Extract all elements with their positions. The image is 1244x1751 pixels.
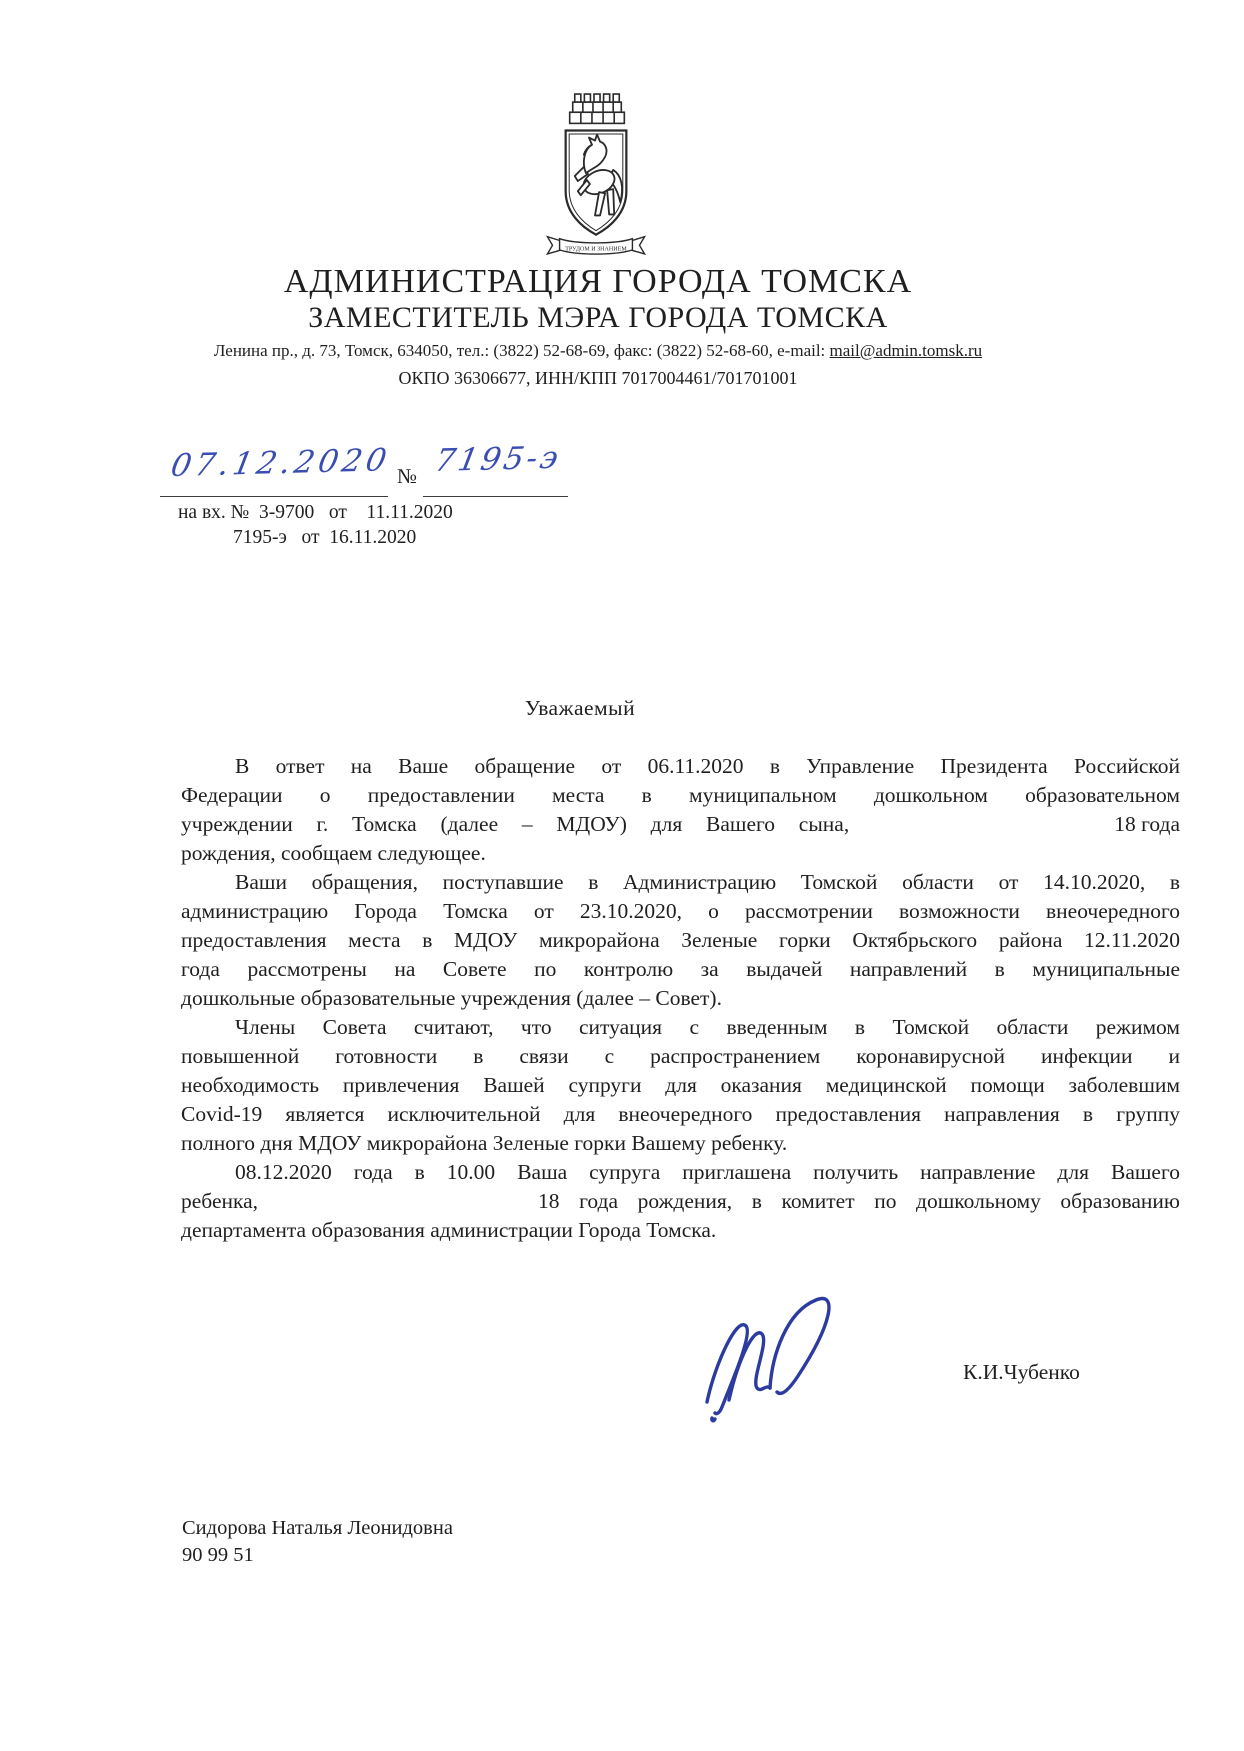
body-line-redacted: ребенка, 18 года рождения, в комитет по … <box>181 1187 1180 1216</box>
redacted-gap <box>258 1187 538 1188</box>
tomsk-crest-icon: ТРУДОМ И ЗНАНИЕМ <box>540 90 652 262</box>
body-line: предоставления места в МДОУ микрорайона … <box>181 926 1180 955</box>
contact-text: Ленина пр., д. 73, Томск, 634050, тел.: … <box>214 341 830 360</box>
body-line: полного дня МДОУ микрорайона Зеленые гор… <box>181 1129 1180 1158</box>
salutation: Уважаемый <box>450 696 710 721</box>
body-line-part: 18 года рождения, в комитет по дошкольно… <box>538 1187 1180 1216</box>
executor-block: Сидорова Наталья Леонидовна 90 99 51 <box>182 1515 453 1569</box>
executor-phone: 90 99 51 <box>182 1542 453 1569</box>
outgoing-date-handwritten: 07.12.2020 <box>168 442 393 484</box>
incoming-reference-line2: 7195-э от 16.11.2020 <box>233 527 416 549</box>
org-name: АДМИНИСТРАЦИЯ ГОРОДА ТОМСКА <box>0 263 1196 301</box>
executor-name: Сидорова Наталья Леонидовна <box>182 1515 453 1542</box>
body-line: департамента образования администрации Г… <box>181 1216 1180 1245</box>
dept-name: ЗАМЕСТИТЕЛЬ МЭРА ГОРОДА ТОМСКА <box>0 301 1196 335</box>
contact-line: Ленина пр., д. 73, Томск, 634050, тел.: … <box>0 341 1196 361</box>
number-sign-label: № <box>397 464 417 489</box>
signature-scribble <box>685 1280 900 1438</box>
date-underline <box>160 496 388 497</box>
body-line: Covid-19 является исключительной для вне… <box>181 1100 1180 1129</box>
body-line-part: 18 года <box>1114 810 1180 839</box>
body-line-part: ребенка, <box>181 1187 258 1216</box>
body-line-redacted: учреждении г. Томска (далее – МДОУ) для … <box>181 810 1180 839</box>
body-line: повышенной готовности в связи с распрост… <box>181 1042 1180 1071</box>
body-line: Федерации о предоставлении места в муниц… <box>181 781 1180 810</box>
body-line: необходимость привлечения Вашей супруги … <box>181 1071 1180 1100</box>
outgoing-number-handwritten: 7195-э <box>432 440 564 479</box>
body-line: дошкольные образовательные учреждения (д… <box>181 984 1180 1013</box>
body-line: Члены Совета считают, что ситуация с вве… <box>181 1013 1180 1042</box>
email-link[interactable]: mail@admin.tomsk.ru <box>830 341 983 360</box>
body-line: рождения, сообщаем следующее. <box>181 839 1180 868</box>
crown-icon <box>570 94 625 123</box>
letter-body: В ответ на Ваше обращение от 06.11.2020 … <box>181 752 1180 1245</box>
body-line: администрацию Города Томска от 23.10.202… <box>181 897 1180 926</box>
body-line-part: учреждении г. Томска (далее – МДОУ) для … <box>181 810 849 839</box>
incoming-reference-line1: на вх. № 3-9700 от 11.11.2020 <box>178 502 453 524</box>
signer-name: К.И.Чубенко <box>963 1360 1080 1385</box>
codes-line: ОКПО 36306677, ИНН/КПП 7017004461/701701… <box>0 368 1196 389</box>
body-line: Ваши обращения, поступавшие в Администра… <box>181 868 1180 897</box>
body-line: В ответ на Ваше обращение от 06.11.2020 … <box>181 752 1180 781</box>
body-line: 08.12.2020 года в 10.00 Ваша супруга при… <box>181 1158 1180 1187</box>
letter-page: ТРУДОМ И ЗНАНИЕМ АДМИНИСТРАЦИЯ ГОРОДА ТО… <box>0 0 1244 1751</box>
number-underline <box>423 496 568 497</box>
body-line: года рассмотрены на Совете по контролю з… <box>181 955 1180 984</box>
crest-motto-text: ТРУДОМ И ЗНАНИЕМ <box>565 246 627 252</box>
